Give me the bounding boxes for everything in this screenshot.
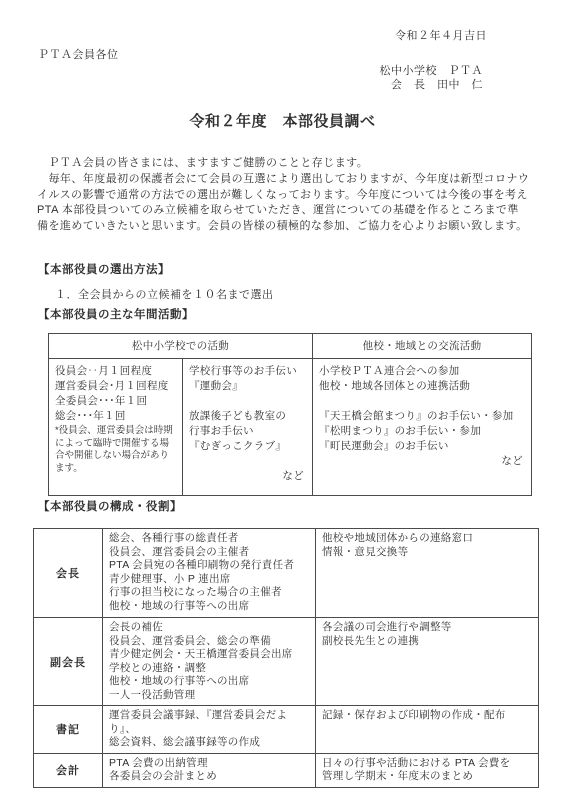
secretary-duties-cell: 運営委員会議事録、『運営委員会だより』、 総会資料、総会議事録等の作成 [103,706,316,754]
treasurer-external-cell: 日々の行事や活動における PTA 会費を 管理し学期末・年度末のまとめ [316,753,539,787]
secretary-external-cell: 記録・保存および印刷物の作成・配布 [316,706,539,754]
activities-header-row: 松中小学校での活動 他校・地域との交流活動 [49,334,532,359]
meetings-cell: 役員会‥月１回程度 運営委員会･月１回程度 全委員会･･･年１回 総会･･･年１… [49,359,183,496]
header-cell-community-activities: 他校・地域との交流活動 [313,334,532,359]
sender-chairman: 会 長 田中 仁 [391,76,483,92]
roles-table: 会長 総会、各種行事の総責任者 役員会、運営委員会の主催者 PTA 会員宛の各種… [33,528,539,788]
annual-activities-table: 松中小学校での活動 他校・地域との交流活動 役員会‥月１回程度 運営委員会･月１… [48,333,532,496]
annual-activities-heading: 【本部役員の主な年間活動】 [38,306,194,322]
vice-chairman-external-cell: 各会議の司会進行や調整等 副校長先生との連携 [316,618,539,706]
community-events-etc-label: など [319,454,525,469]
meetings-list: 役員会‥月１回程度 運営委員会･月１回程度 全委員会･･･年１回 総会･･･年１… [55,364,176,424]
greeting-paragraph: ＰＴＡ会員の皆さまには、ますますご健勝のことと存じます。 毎年、年度最初の保護者… [37,156,549,235]
header-cell-school-activities: 松中小学校での活動 [49,334,313,359]
school-events-etc-label: など [189,469,306,484]
addressee: ＰＴＡ会員各位 [38,46,119,62]
selection-method-heading: 【本部役員の選出方法】 [38,261,170,277]
activities-body-row: 役員会‥月１回程度 運営委員会･月１回程度 全委員会･･･年１回 総会･･･年１… [49,359,532,496]
roles-heading: 【本部役員の構成・役割】 [38,498,182,514]
role-row-vice-chairman: 副会長 会長の補佐 役員会、運営委員会、総会の準備 青少健定例会・天王橋運営委員… [34,618,539,706]
meetings-note: *役員会、運営委員会は時期によって臨時で開催する場合や開催しない場合があります。 [55,425,176,475]
school-events-cell: 学校行事等のお手伝い 『運動会』 放課後子ども教室の 行事お手伝い 『むぎっこク… [183,359,313,496]
chairman-duties-cell: 総会、各種行事の総責任者 役員会、運営委員会の主催者 PTA 会員宛の各種印刷物… [103,529,316,618]
role-row-secretary: 書記 運営委員会議事録、『運営委員会だより』、 総会資料、総会議事録等の作成 記… [34,706,539,754]
role-row-treasurer: 会計 PTA 会費の出納管理 各委員会の会計まとめ 日々の行事や活動における P… [34,753,539,787]
community-events-cell: 小学校ＰＴＡ連合会への参加 他校・地域各団体との連携活動 『天王橋会館まつり』の… [313,359,532,496]
date-line: 令和２年４月吉日 [395,27,487,43]
role-label-chairman: 会長 [34,529,103,618]
chairman-external-cell: 他校や地域団体からの連絡窓口 情報・意見交換等 [316,529,539,618]
role-label-secretary: 書記 [34,706,103,754]
role-row-chairman: 会長 総会、各種行事の総責任者 役員会、運営委員会の主催者 PTA 会員宛の各種… [34,529,539,618]
school-events-list: 学校行事等のお手伝い 『運動会』 放課後子ども教室の 行事お手伝い 『むぎっこク… [189,364,306,454]
role-label-treasurer: 会計 [34,753,103,787]
vice-chairman-duties-cell: 会長の補佐 役員会、運営委員会、総会の準備 青少健定例会・天王橋運営委員会出席 … [103,618,316,706]
community-events-list: 小学校ＰＴＡ連合会への参加 他校・地域各団体との連携活動 『天王橋会館まつり』の… [319,364,525,454]
role-label-vice-chairman: 副会長 [34,618,103,706]
document-page: 令和２年４月吉日 ＰＴＡ会員各位 松中小学校 ＰＴＡ 会 長 田中 仁 令和２年… [0,0,565,800]
document-title: 令和２年度 本部役員調べ [0,110,565,131]
selection-method-item: １．全会員からの立候補を１０名まで選出 [55,286,274,302]
treasurer-duties-cell: PTA 会費の出納管理 各委員会の会計まとめ [103,753,316,787]
